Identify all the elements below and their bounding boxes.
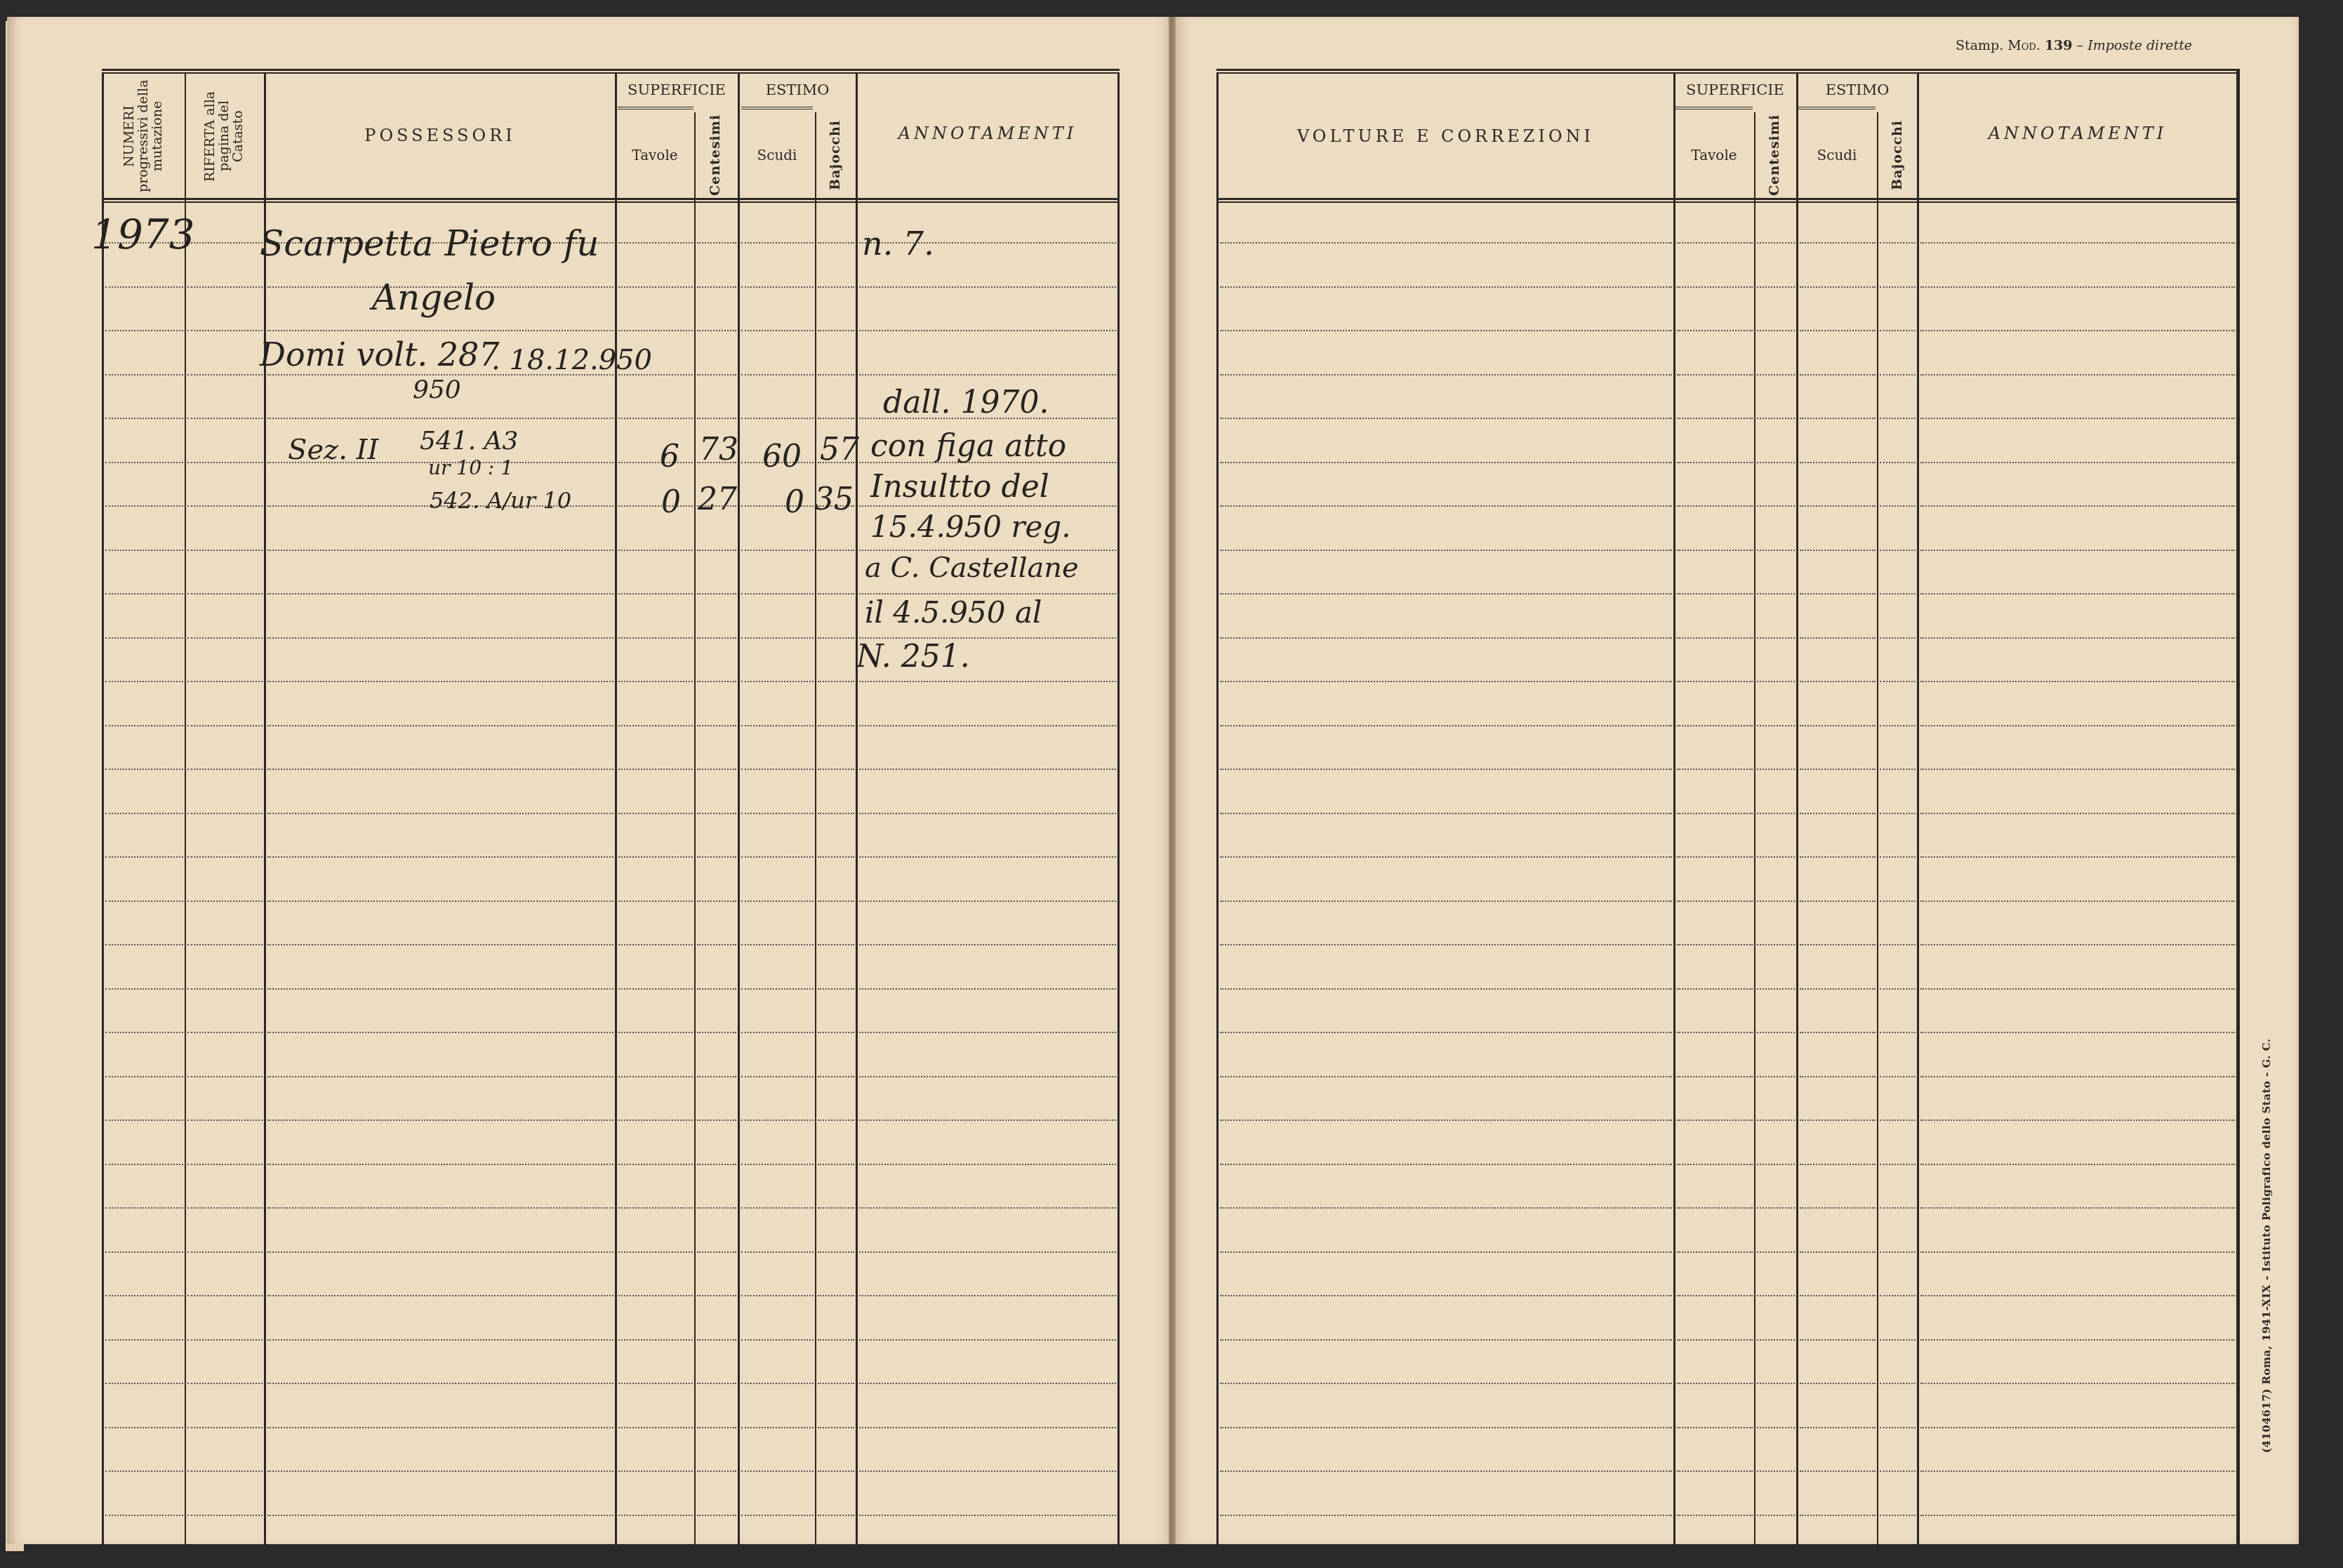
- ruled-line: [859, 901, 1116, 902]
- ruled-line: [1677, 330, 1753, 331]
- ruled-line: [187, 1119, 263, 1121]
- parcel1-centesimi: 73: [699, 432, 738, 467]
- ruled-line: [187, 813, 263, 814]
- printer-imprint: (4104617) Roma, 1941-XIX - Istituto Poli…: [2260, 1032, 2273, 1453]
- ruled-line: [1220, 1251, 1672, 1253]
- ruled-line: [1920, 1164, 2235, 1165]
- ruled-line: [1880, 1164, 1916, 1165]
- ruled-line: [697, 1427, 736, 1428]
- ruled-line: [1677, 550, 1753, 551]
- ruled-line: [1800, 505, 1876, 507]
- ruled-line: [859, 988, 1116, 990]
- ruled-line: [618, 550, 693, 551]
- ruled-line: [859, 769, 1116, 770]
- header-tavole: Tavole: [616, 112, 693, 198]
- ruled-line: [1800, 637, 1876, 639]
- ruled-line: [1920, 374, 2235, 376]
- ruled-line: [1757, 769, 1795, 770]
- ruled-line: [1800, 856, 1876, 858]
- ruled-line: [1880, 505, 1916, 507]
- ruled-line: [1920, 593, 2235, 594]
- ruled-line: [267, 944, 613, 945]
- ruled-line: [1880, 286, 1916, 288]
- ruled-line: [1220, 944, 1672, 945]
- annotation-line-2: dall. 1970.: [883, 385, 1049, 420]
- ruled-line: [187, 769, 263, 770]
- ruled-line: [818, 1470, 854, 1472]
- ruled-line: [1920, 505, 2235, 507]
- ruled-line: [187, 462, 263, 463]
- ruled-line: [859, 1164, 1116, 1165]
- ruled-line: [859, 505, 1116, 507]
- ruled-line: [697, 813, 736, 814]
- ruled-line: [618, 1032, 693, 1033]
- ruled-line: [1677, 1076, 1753, 1077]
- ruled-line: [105, 944, 183, 945]
- ruled-line: [618, 242, 693, 244]
- ruled-line: [697, 1515, 736, 1516]
- ruled-line: [618, 856, 693, 858]
- ruled-line: [818, 286, 854, 288]
- header-possessori: POSSESSORI: [267, 73, 613, 198]
- ruled-line: [741, 374, 814, 376]
- ruled-line: [618, 1383, 693, 1384]
- ruled-line: [1677, 1032, 1753, 1033]
- ruled-line: [741, 330, 814, 331]
- ruled-line: [697, 1119, 736, 1121]
- ruled-line: [105, 769, 183, 770]
- ruled-line: [818, 418, 854, 419]
- ruled-line: [1920, 856, 2235, 858]
- annotation-line-1: n. 7.: [862, 225, 934, 263]
- parcel1-id: 541. A3: [420, 427, 519, 456]
- ruled-line: [1757, 1515, 1795, 1516]
- ruled-line: [741, 637, 814, 639]
- ruled-line: [105, 1515, 183, 1516]
- ruled-line: [859, 1251, 1116, 1253]
- ruled-line: [818, 1427, 854, 1428]
- ruled-line: [1880, 374, 1916, 376]
- ruled-line: [1220, 1119, 1672, 1121]
- ruled-line: [1880, 856, 1916, 858]
- ruled-line: [741, 1164, 814, 1165]
- ruled-line: [1220, 813, 1672, 814]
- ruled-line: [1677, 637, 1753, 639]
- ruled-line: [741, 1470, 814, 1472]
- ruled-line: [1800, 462, 1876, 463]
- ruled-line: [741, 242, 814, 244]
- parcel1-scudi: 60: [762, 439, 802, 474]
- ruled-line: [1880, 1032, 1916, 1033]
- ruled-line: [187, 505, 263, 507]
- left-col-border-7: [815, 112, 816, 1546]
- ruled-line: [697, 1164, 736, 1165]
- ruled-line: [1920, 901, 2235, 902]
- ruled-line: [618, 1119, 693, 1121]
- ruled-line: [187, 681, 263, 682]
- ruled-line: [818, 769, 854, 770]
- ruled-line: [1800, 725, 1876, 726]
- ruled-line: [1220, 418, 1672, 419]
- right-header-scudi: Scudi: [1798, 112, 1876, 198]
- ruled-line: [267, 1076, 613, 1077]
- ruled-line: [1220, 1207, 1672, 1209]
- ruled-line: [1757, 1119, 1795, 1121]
- ruled-line: [1677, 1119, 1753, 1121]
- ruled-line: [1800, 1470, 1876, 1472]
- ruled-line: [741, 813, 814, 814]
- ruled-line: [818, 901, 854, 902]
- ruled-line: [1677, 1470, 1753, 1472]
- possessore-line1: Scarpetta Pietro fu: [260, 223, 599, 264]
- ruled-line: [1220, 1032, 1672, 1033]
- ruled-line: [1920, 725, 2235, 726]
- ruled-line: [1757, 637, 1795, 639]
- ruled-line: [618, 725, 693, 726]
- ruled-line: [1220, 725, 1672, 726]
- parcel1-tavole: 6: [660, 439, 679, 474]
- ruled-line: [187, 286, 263, 288]
- ruled-line: [697, 1383, 736, 1384]
- ruled-line: [818, 1339, 854, 1341]
- ruled-line: [818, 681, 854, 682]
- ruled-line: [859, 725, 1116, 726]
- ruled-line: [1677, 1339, 1753, 1341]
- ruled-line: [859, 1207, 1116, 1209]
- ruled-line: [618, 330, 693, 331]
- ruled-line: [1677, 901, 1753, 902]
- parcel1-sub: ur 10 : 1: [428, 456, 513, 479]
- right-col-border-2: [1673, 73, 1675, 1546]
- ruled-line: [697, 1470, 736, 1472]
- ruled-line: [618, 1295, 693, 1296]
- ruled-line: [1677, 988, 1753, 990]
- ruled-line: [697, 550, 736, 551]
- header-numeri: NUMERI progressivi della mutazione: [105, 77, 182, 195]
- header-volture: VOLTURE E CORREZIONI: [1219, 73, 1672, 198]
- ruled-line: [741, 725, 814, 726]
- book-gutter: [1169, 17, 1176, 1544]
- ruled-line: [187, 944, 263, 945]
- ruled-line: [1757, 1427, 1795, 1428]
- ruled-line: [1800, 242, 1876, 244]
- ruled-line: [1920, 769, 2235, 770]
- ruled-line: [1880, 725, 1916, 726]
- ruled-line: [1220, 681, 1672, 682]
- ruled-line: [1880, 462, 1916, 463]
- annotation-line-4: Insultto del: [870, 469, 1049, 505]
- ruled-line: [741, 944, 814, 945]
- form-title: Imposte dirette: [2088, 38, 2192, 53]
- ruled-line: [741, 286, 814, 288]
- ruled-line: [697, 1076, 736, 1077]
- ruled-line: [818, 944, 854, 945]
- ruled-line: [105, 725, 183, 726]
- parcel2-bajocchi: 35: [814, 481, 854, 517]
- ruled-line: [618, 637, 693, 639]
- ruled-line: [1677, 242, 1753, 244]
- ruled-line: [105, 330, 183, 331]
- ruled-line: [187, 1295, 263, 1296]
- ruled-line: [741, 769, 814, 770]
- ruled-line: [1880, 1251, 1916, 1253]
- ruled-line: [1757, 330, 1795, 331]
- ruled-line: [818, 1295, 854, 1296]
- ruled-line: [1880, 1515, 1916, 1516]
- ruled-line: [859, 330, 1116, 331]
- header-scudi: Scudi: [739, 112, 815, 198]
- ruled-line: [859, 1339, 1116, 1341]
- ruled-line: [1757, 1164, 1795, 1165]
- ruled-line: [1880, 1295, 1916, 1296]
- ruled-line: [1677, 1164, 1753, 1165]
- ruled-line: [105, 418, 183, 419]
- ruled-line: [741, 856, 814, 858]
- ruled-line: [859, 1295, 1116, 1296]
- ruled-line: [1880, 681, 1916, 682]
- ruled-line: [1757, 1383, 1795, 1384]
- ruled-line: [1757, 1076, 1795, 1077]
- ruled-line: [1757, 418, 1795, 419]
- estimo-underline: [741, 107, 813, 109]
- ruled-line: [1880, 769, 1916, 770]
- ruled-line: [818, 1251, 854, 1253]
- ruled-line: [741, 418, 814, 419]
- ruled-line: [267, 856, 613, 858]
- ruled-line: [741, 1515, 814, 1516]
- ruled-line: [105, 374, 183, 376]
- ruled-line: [1920, 637, 2235, 639]
- ruled-line: [1677, 1207, 1753, 1209]
- ruled-line: [741, 1383, 814, 1384]
- ruled-line: [267, 593, 613, 594]
- ruled-line: [618, 1076, 693, 1077]
- ruled-line: [859, 1032, 1116, 1033]
- ruled-line: [1880, 550, 1916, 551]
- ruled-line: [187, 1251, 263, 1253]
- entry-number: 1973: [91, 211, 195, 258]
- ruled-line: [1677, 1295, 1753, 1296]
- ruled-line: [818, 374, 854, 376]
- ruled-line: [187, 856, 263, 858]
- ruled-line: [741, 988, 814, 990]
- ruled-line: [1220, 1427, 1672, 1428]
- ruled-line: [1757, 944, 1795, 945]
- ruled-line: [697, 856, 736, 858]
- ruled-line: [741, 550, 814, 551]
- parcel2-scudi: 0: [785, 484, 804, 520]
- ruled-line: [618, 944, 693, 945]
- voltura-fraction-denominator: 950: [413, 376, 461, 404]
- ruled-line: [1677, 769, 1753, 770]
- ruled-line: [859, 944, 1116, 945]
- voltura-line: Domi volt. 287: [260, 335, 499, 373]
- ruled-line: [1220, 374, 1672, 376]
- ruled-line: [859, 1383, 1116, 1384]
- ruled-line: [1220, 637, 1672, 639]
- ruled-line: [1220, 462, 1672, 463]
- possessore-line2: Angelo: [372, 277, 496, 318]
- ruled-line: [818, 637, 854, 639]
- ruled-line: [267, 1032, 613, 1033]
- header-centesimi: Centesimi: [696, 112, 736, 198]
- ruled-line: [741, 1295, 814, 1296]
- ruled-line: [1220, 988, 1672, 990]
- ruled-line: [859, 681, 1116, 682]
- ruled-line: [818, 813, 854, 814]
- ruled-line: [1800, 1207, 1876, 1209]
- ruled-line: [741, 1251, 814, 1253]
- left-col-border-5: [694, 112, 696, 1546]
- ruled-line: [1920, 550, 2235, 551]
- ruled-line: [818, 725, 854, 726]
- ruled-line: [1880, 418, 1916, 419]
- ruled-line: [105, 593, 183, 594]
- right-col-border-5: [1877, 112, 1878, 1546]
- ruled-line: [267, 1339, 613, 1341]
- form-stamp-header: Stamp. Mod. 139 – Imposte dirette: [1956, 38, 2192, 53]
- ruled-line: [859, 550, 1116, 551]
- ruled-line: [105, 1207, 183, 1209]
- ruled-line: [859, 593, 1116, 594]
- ruled-line: [697, 1339, 736, 1341]
- ruled-line: [859, 1427, 1116, 1428]
- ruled-line: [187, 1164, 263, 1165]
- ruled-line: [859, 813, 1116, 814]
- ruled-line: [1800, 1339, 1876, 1341]
- ruled-line: [697, 1032, 736, 1033]
- ruled-line: [1920, 1207, 2235, 1209]
- ruled-line: [1800, 901, 1876, 902]
- ruled-line: [1920, 681, 2235, 682]
- ruled-line: [697, 988, 736, 990]
- ruled-line: [697, 330, 736, 331]
- ruled-line: [741, 1427, 814, 1428]
- ruled-line: [105, 681, 183, 682]
- left-col-border-9: [1117, 73, 1120, 1546]
- ruled-line: [818, 330, 854, 331]
- ruled-line: [618, 988, 693, 990]
- ruled-line: [1880, 330, 1916, 331]
- ruled-line: [1920, 462, 2235, 463]
- ruled-line: [618, 1251, 693, 1253]
- left-col-border-3: [264, 73, 266, 1546]
- annotation-line-8: N. 251.: [856, 639, 970, 675]
- ruled-line: [1220, 1339, 1672, 1341]
- ruled-line: [105, 1164, 183, 1165]
- ruled-line: [1880, 242, 1916, 244]
- ruled-line: [1800, 1515, 1876, 1516]
- ruled-line: [105, 901, 183, 902]
- ruled-line: [618, 1515, 693, 1516]
- ruled-line: [1220, 1164, 1672, 1165]
- left-col-border-1: [102, 73, 104, 1546]
- ruled-line: [818, 1383, 854, 1384]
- ruled-line: [1757, 1251, 1795, 1253]
- ruled-line: [741, 593, 814, 594]
- ruled-line: [697, 725, 736, 726]
- right-estimo-underline: [1798, 107, 1876, 109]
- ruled-line: [859, 856, 1116, 858]
- ruled-line: [697, 769, 736, 770]
- ruled-line: [697, 681, 736, 682]
- ruled-line: [187, 901, 263, 902]
- ruled-line: [697, 1207, 736, 1209]
- ruled-line: [187, 374, 263, 376]
- ruled-line: [1880, 901, 1916, 902]
- ruled-line: [1920, 330, 2235, 331]
- right-header-annotamenti: ANNOTAMENTI: [1919, 73, 2236, 198]
- ruled-line: [1220, 856, 1672, 858]
- ruled-line: [267, 769, 613, 770]
- right-page: [1176, 17, 2299, 1544]
- form-number: 139: [2045, 38, 2073, 53]
- ruled-line: [741, 901, 814, 902]
- ruled-line: [818, 988, 854, 990]
- ruled-line: [105, 1295, 183, 1296]
- ruled-line: [618, 769, 693, 770]
- ruled-line: [1880, 813, 1916, 814]
- ruled-line: [1880, 1470, 1916, 1472]
- ruled-line: [741, 1076, 814, 1077]
- right-col-border-6: [1917, 73, 1919, 1546]
- ruled-line: [1880, 1339, 1916, 1341]
- ruled-line: [1880, 1207, 1916, 1209]
- ruled-line: [1800, 813, 1876, 814]
- ruled-line: [105, 1383, 183, 1384]
- right-header-bajocchi: Bajocchi: [1878, 112, 1917, 198]
- ruled-line: [741, 1207, 814, 1209]
- ruled-line: [105, 856, 183, 858]
- ruled-line: [187, 330, 263, 331]
- right-header-tavole: Tavole: [1675, 112, 1753, 198]
- ruled-line: [697, 418, 736, 419]
- ruled-line: [618, 681, 693, 682]
- ruled-line: [1800, 1295, 1876, 1296]
- header-estimo: ESTIMO: [739, 73, 856, 107]
- ruled-line: [1920, 1427, 2235, 1428]
- ruled-line: [818, 1119, 854, 1121]
- ruled-line: [187, 418, 263, 419]
- ruled-line: [1220, 1515, 1672, 1516]
- ruled-line: [267, 1470, 613, 1472]
- ruled-line: [818, 593, 854, 594]
- ruled-line: [859, 1076, 1116, 1077]
- ruled-line: [1677, 813, 1753, 814]
- ruled-line: [1757, 901, 1795, 902]
- ruled-line: [1800, 1032, 1876, 1033]
- ruled-line: [105, 462, 183, 463]
- ruled-line: [1677, 1427, 1753, 1428]
- ruled-line: [105, 1470, 183, 1472]
- ruled-line: [105, 1427, 183, 1428]
- ruled-line: [697, 1295, 736, 1296]
- ruled-line: [859, 286, 1116, 288]
- right-header-superficie: SUPERFICIE: [1675, 73, 1796, 107]
- ruled-line: [1800, 1427, 1876, 1428]
- ruled-line: [1757, 856, 1795, 858]
- ruled-line: [618, 813, 693, 814]
- ruled-line: [1757, 1339, 1795, 1341]
- ruled-line: [618, 418, 693, 419]
- ruled-line: [105, 1119, 183, 1121]
- ruled-line: [1800, 593, 1876, 594]
- ruled-line: [1757, 550, 1795, 551]
- ruled-line: [818, 550, 854, 551]
- ruled-line: [1220, 1295, 1672, 1296]
- ruled-line: [267, 813, 613, 814]
- ruled-line: [741, 1032, 814, 1033]
